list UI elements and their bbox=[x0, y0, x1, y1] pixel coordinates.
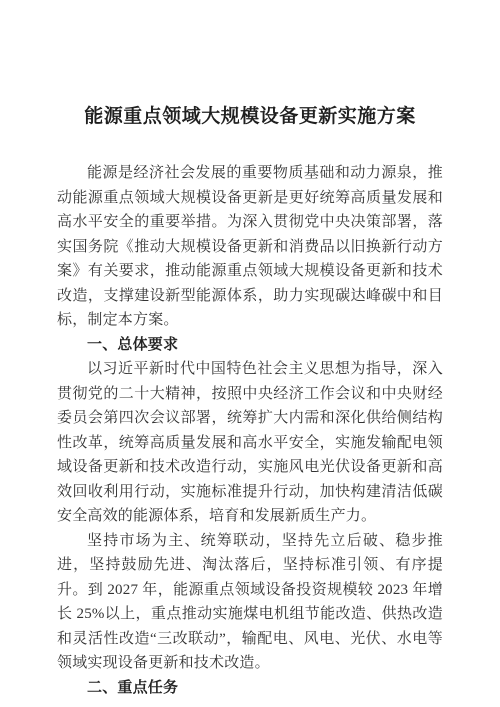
document-title: 能源重点领域大规模设备更新实施方案 bbox=[57, 104, 443, 130]
section-2-heading: 二、重点任务 bbox=[57, 676, 443, 701]
section-1-paragraph-2: 坚持市场为主、统筹联动，坚持先立后破、稳步推进，坚持鼓励先进、淘汰落后，坚持标准… bbox=[57, 529, 443, 676]
document-body: 能源是经济社会发展的重要物质基础和动力源泉，推动能源重点领域大规模设备更新是更好… bbox=[57, 161, 443, 700]
document-page: 能源重点领域大规模设备更新实施方案 能源是经济社会发展的重要物质基础和动力源泉，… bbox=[0, 0, 500, 707]
section-1-heading: 一、总体要求 bbox=[57, 333, 443, 358]
section-1-paragraph-1: 以习近平新时代中国特色社会主义思想为指导，深入贯彻党的二十大精神，按照中央经济工… bbox=[57, 357, 443, 529]
intro-paragraph: 能源是经济社会发展的重要物质基础和动力源泉，推动能源重点领域大规模设备更新是更好… bbox=[57, 161, 443, 333]
